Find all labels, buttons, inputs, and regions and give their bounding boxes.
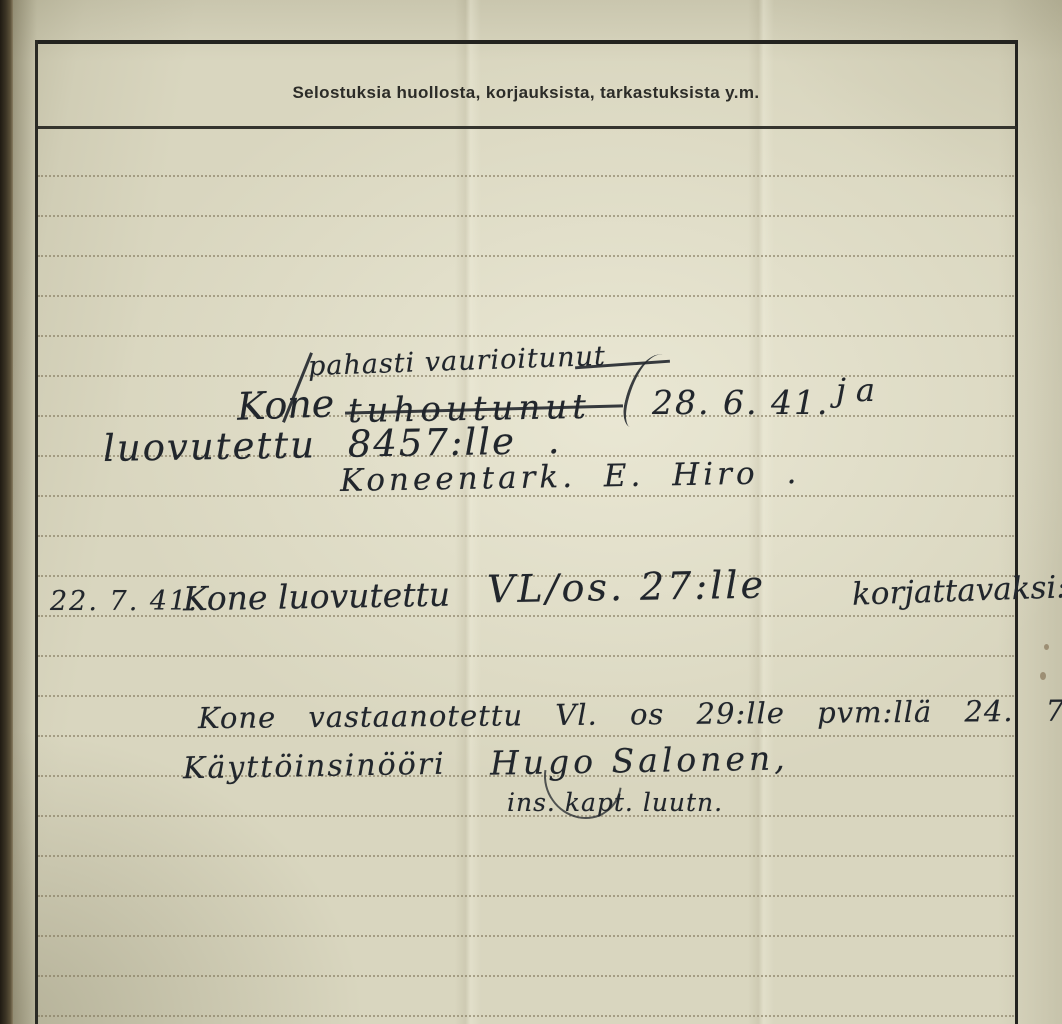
ruled-line: [38, 1015, 1014, 1017]
handwritten-signature: Koneentark. E. Hiro .: [340, 458, 801, 497]
paper-crease: [748, 0, 774, 1024]
header-rule: [35, 126, 1017, 129]
handwritten-date: 22. 7. 41.: [50, 588, 199, 615]
gutter-shadow: [13, 0, 37, 1024]
handwritten-signature: Hugo Salonen,: [490, 741, 789, 779]
book-gutter-edge: [0, 0, 13, 1024]
ruled-line: [38, 935, 1014, 937]
ruled-line: [38, 735, 1014, 737]
handwritten-rank: ins. kapt. luutn.: [507, 790, 723, 815]
handwritten-date: 28. 6. 41.: [652, 386, 829, 419]
handwritten-word-kone: Kone: [236, 384, 334, 425]
handwritten-purpose: korjattavaksi:: [852, 572, 1062, 610]
ruled-line: [38, 855, 1014, 857]
ruled-line: [38, 215, 1014, 217]
handwritten-text: Kone luovutettu: [183, 578, 451, 616]
page-title: Selostuksia huollosta, korjauksista, tar…: [35, 83, 1017, 103]
ruled-line: [38, 535, 1014, 537]
paper-speck: [1044, 644, 1049, 650]
frame-border-top: [35, 40, 1017, 44]
ruled-line: [38, 335, 1014, 337]
handwritten-unit: VL/os. 27:lle: [487, 566, 767, 609]
signature-flourish-stroke: [528, 724, 637, 835]
paper-speck: [1040, 672, 1046, 680]
frame-border-left: [35, 40, 38, 1024]
handwritten-title: Käyttöinsinööri: [183, 750, 446, 785]
handwritten-line: Kone vastaanotettu Vl. os 29:lle pvm:llä…: [198, 696, 1062, 733]
handwritten-conjunction: ja: [836, 374, 885, 406]
ruled-line: [38, 255, 1014, 257]
ruled-line: [38, 975, 1014, 977]
ruled-line: [38, 655, 1014, 657]
ruled-line: [38, 175, 1014, 177]
ruled-line: [38, 895, 1014, 897]
frame-border-right: [1015, 40, 1018, 1024]
paper-crease: [455, 0, 481, 1024]
ruled-line: [38, 295, 1014, 297]
logbook-scan-page: Selostuksia huollosta, korjauksista, tar…: [0, 0, 1062, 1024]
